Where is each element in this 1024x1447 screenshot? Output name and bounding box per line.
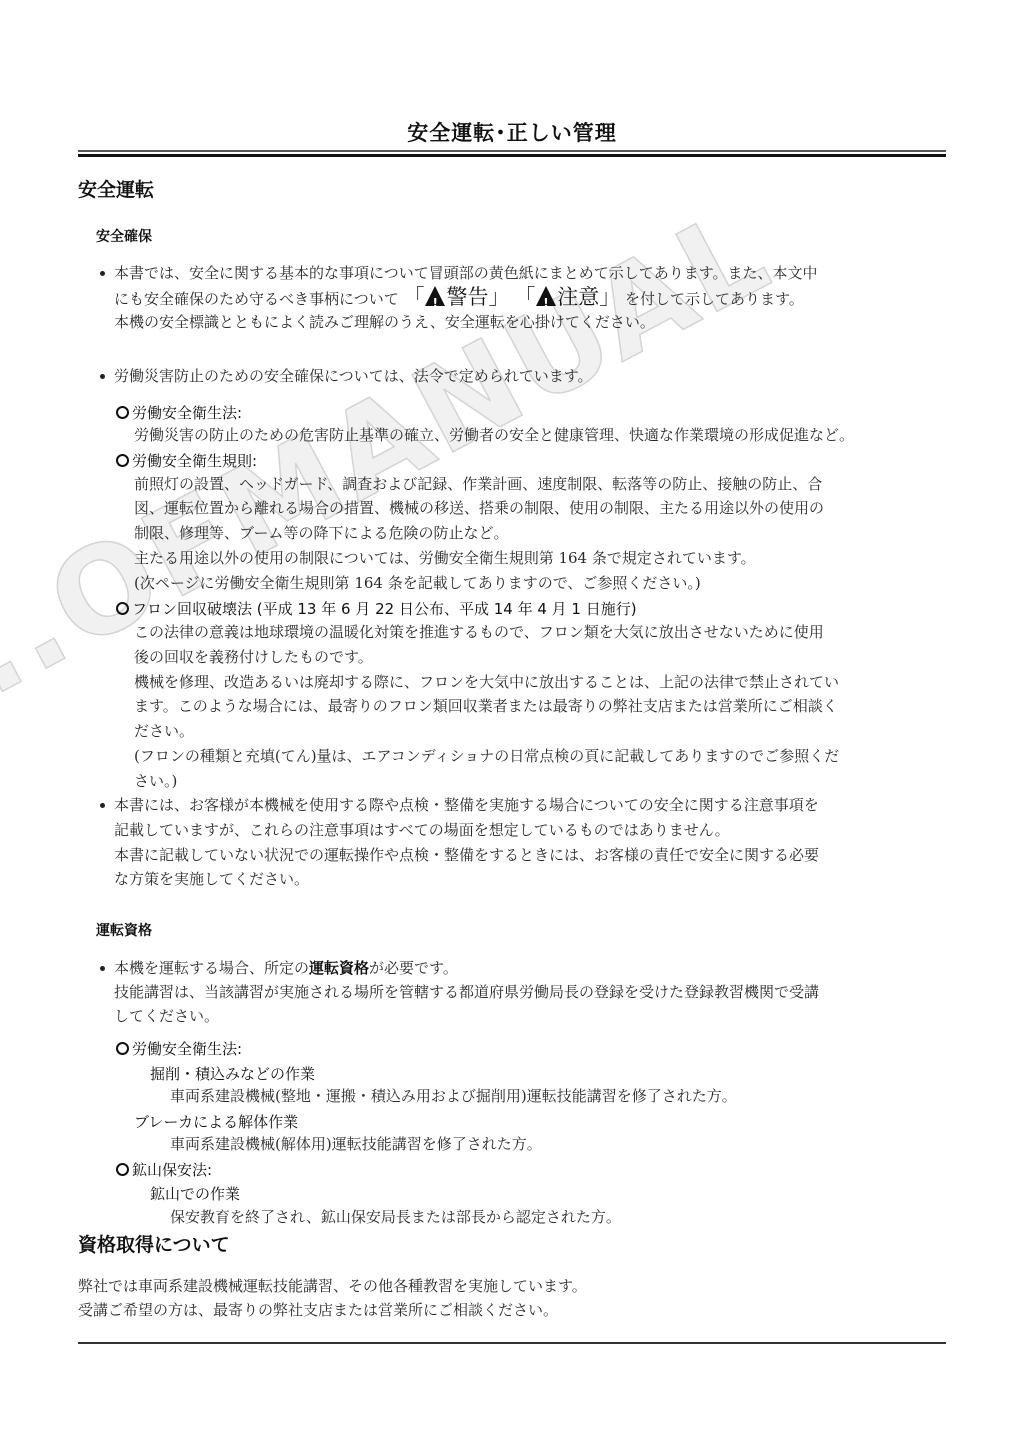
emphasis-text: 運転資格 [309, 959, 369, 977]
warning-marker: 「警告」 [403, 285, 509, 309]
text-segment: にも安全確保のため守るべき事柄について [114, 290, 399, 308]
paragraph-line: 受講ご希望の方は、最寄りの弊社支店または営業所にご相談ください。 [78, 1298, 558, 1322]
law-title-text: フロン回収破壊法 (平成 13 年 6 月 22 日公布、平成 14 年 4 月… [132, 600, 637, 618]
text-segment: が必要です。 [369, 959, 458, 977]
law-title-text: 労働安全衛生法: [132, 404, 242, 422]
circle-icon [116, 454, 129, 467]
text-segment: を付して示してあります。 [625, 290, 804, 308]
paragraph-line: 本書では、安全に関する基本的な事項について冒頭部の黄色紙にまとめて示してあります… [114, 261, 818, 285]
paragraph-line: してください。 [114, 1004, 219, 1028]
text-segment: 本機を運転する場合、所定の [114, 959, 309, 977]
paragraph-line: 技能講習は、当該講習が実施される場所を管轄する都道府県労働局長の登録を受けた登録… [114, 980, 819, 1004]
bracket-close: 」 [488, 285, 509, 309]
section-heading-acquisition: 資格取得について [78, 1230, 230, 1257]
paragraph-line-warning: にも安全確保のため守るべき事柄について 「警告」 「注意」 を付して示してありま… [114, 285, 804, 311]
work-desc: 保安教育を終了され、鉱山保安局長または部長から認定された方。 [170, 1205, 621, 1229]
caution-label: 注意 [557, 285, 599, 309]
law-desc-line: 前照灯の設置、ヘッドガード、調査および記録、作業計画、速度制限、転落等の防止、接… [134, 472, 822, 496]
bullet-icon [100, 374, 105, 379]
caution-marker: 「注意」 [514, 285, 620, 309]
subsection-heading-qualification: 運転資格 [96, 920, 152, 940]
law-desc-line: 制限、修理等、ブーム等の降下による危険の防止など。 [134, 521, 509, 545]
law-desc-line: 図、運転位置から離れる場合の措置、機械の移送、搭乗の制限、使用の制限、主たる用途… [134, 496, 824, 520]
header-double-rule [78, 150, 946, 158]
law-desc-line: さい。) [134, 769, 177, 793]
document-page: 安全運転･正しい管理 安全運転 安全確保 本書では、安全に関する基本的な事項につ… [0, 0, 1024, 1447]
paragraph-line: 本書に記載していない状況での運転操作や点検・整備をするときには、お客様の責任で安… [114, 843, 819, 867]
law-desc-line: (フロンの種類と充填(てん)量は、エアコンディショナの日常点検の頁に記載してあり… [134, 744, 839, 768]
paragraph-line: 本機の安全標識とともによく読みご理解のうえ、安全運転を心掛けてください。 [114, 310, 655, 334]
rule-thick [78, 154, 946, 157]
warning-label: 警告 [446, 285, 488, 309]
law-title: 労働安全衛生法: [116, 402, 242, 423]
work-title: 掘削・積込みなどの作業 [150, 1063, 315, 1084]
work-title: ブレーカによる解体作業 [134, 1111, 298, 1132]
warning-triangle-icon [425, 286, 445, 306]
paragraph-line: な方策を実施してください。 [114, 867, 309, 891]
law-title: 鉱山保安法: [116, 1159, 212, 1180]
law-title: 労働安全衛生法: [116, 1038, 242, 1059]
law-desc-line: 主たる用途以外の使用の制限については、労働安全衛生規則第 164 条で規定されて… [134, 546, 756, 570]
work-desc: 車両系建設機械(整地・運搬・積込み用および掘削用)運転技能講習を修了された方。 [170, 1084, 737, 1108]
bullet-icon [100, 803, 105, 808]
caution-triangle-icon [536, 286, 556, 306]
footer-rule [78, 1342, 946, 1344]
law-title: 労働安全衛生規則: [116, 450, 257, 471]
bracket-close: 」 [599, 285, 620, 309]
law-title-text: 鉱山保安法: [132, 1161, 212, 1179]
section-heading-safe-driving: 安全運転 [78, 175, 154, 202]
law-desc-line: ださい。 [134, 719, 194, 743]
paragraph-line: 労働災害防止のための安全確保については、法令で定められています。 [114, 364, 593, 388]
paragraph-line: 本書には、お客様が本機械を使用する際や点検・整備を実施する場合についての安全に関… [114, 793, 819, 817]
work-title: 鉱山での作業 [150, 1183, 240, 1204]
law-desc-line: 後の回収を義務付けしたものです。 [134, 645, 373, 669]
circle-icon [116, 406, 129, 419]
law-desc-line: この法律の意義は地球環境の温暖化対策を推進するもので、フロン類を大気に放出させな… [134, 620, 824, 644]
circle-icon [116, 602, 129, 615]
law-title: フロン回収破壊法 (平成 13 年 6 月 22 日公布、平成 14 年 4 月… [116, 598, 637, 619]
circle-icon [116, 1042, 129, 1055]
bullet-icon [100, 966, 105, 971]
law-desc-line: ます。このような場合には、最寄りのフロン類回収業者または最寄りの弊社支店または営… [134, 694, 838, 718]
bracket-open: 「 [514, 285, 535, 309]
subsection-heading-safety: 安全確保 [96, 226, 152, 246]
paragraph-line: 弊社では車両系建設機械運転技能講習、その他各種教習を実施しています。 [78, 1274, 587, 1298]
paragraph-line: 本機を運転する場合、所定の運転資格が必要です。 [114, 956, 458, 980]
paragraph-line: 記載していますが、これらの注意事項はすべての場面を想定しているものではありません… [114, 818, 730, 842]
bullet-icon [100, 271, 105, 276]
law-desc-line: 機械を修理、改造あるいは廃却する際に、フロンを大気中に放出することは、上記の法律… [134, 670, 839, 694]
work-desc: 車両系建設機械(解体用)運転技能講習を修了された方。 [170, 1132, 542, 1156]
circle-icon [116, 1163, 129, 1176]
bracket-open: 「 [403, 285, 424, 309]
law-title-text: 労働安全衛生法: [132, 1040, 242, 1058]
law-desc-line: (次ページに労働安全衛生規則第 164 条を記載してありますので、ご参照ください… [134, 571, 701, 595]
rule-thin [78, 150, 946, 152]
page-title: 安全運転･正しい管理 [0, 117, 1024, 147]
law-desc-line: 労働災害の防止のための危害防止基準の確立、労働者の安全と健康管理、快適な作業環境… [134, 423, 854, 447]
law-title-text: 労働安全衛生規則: [132, 452, 257, 470]
